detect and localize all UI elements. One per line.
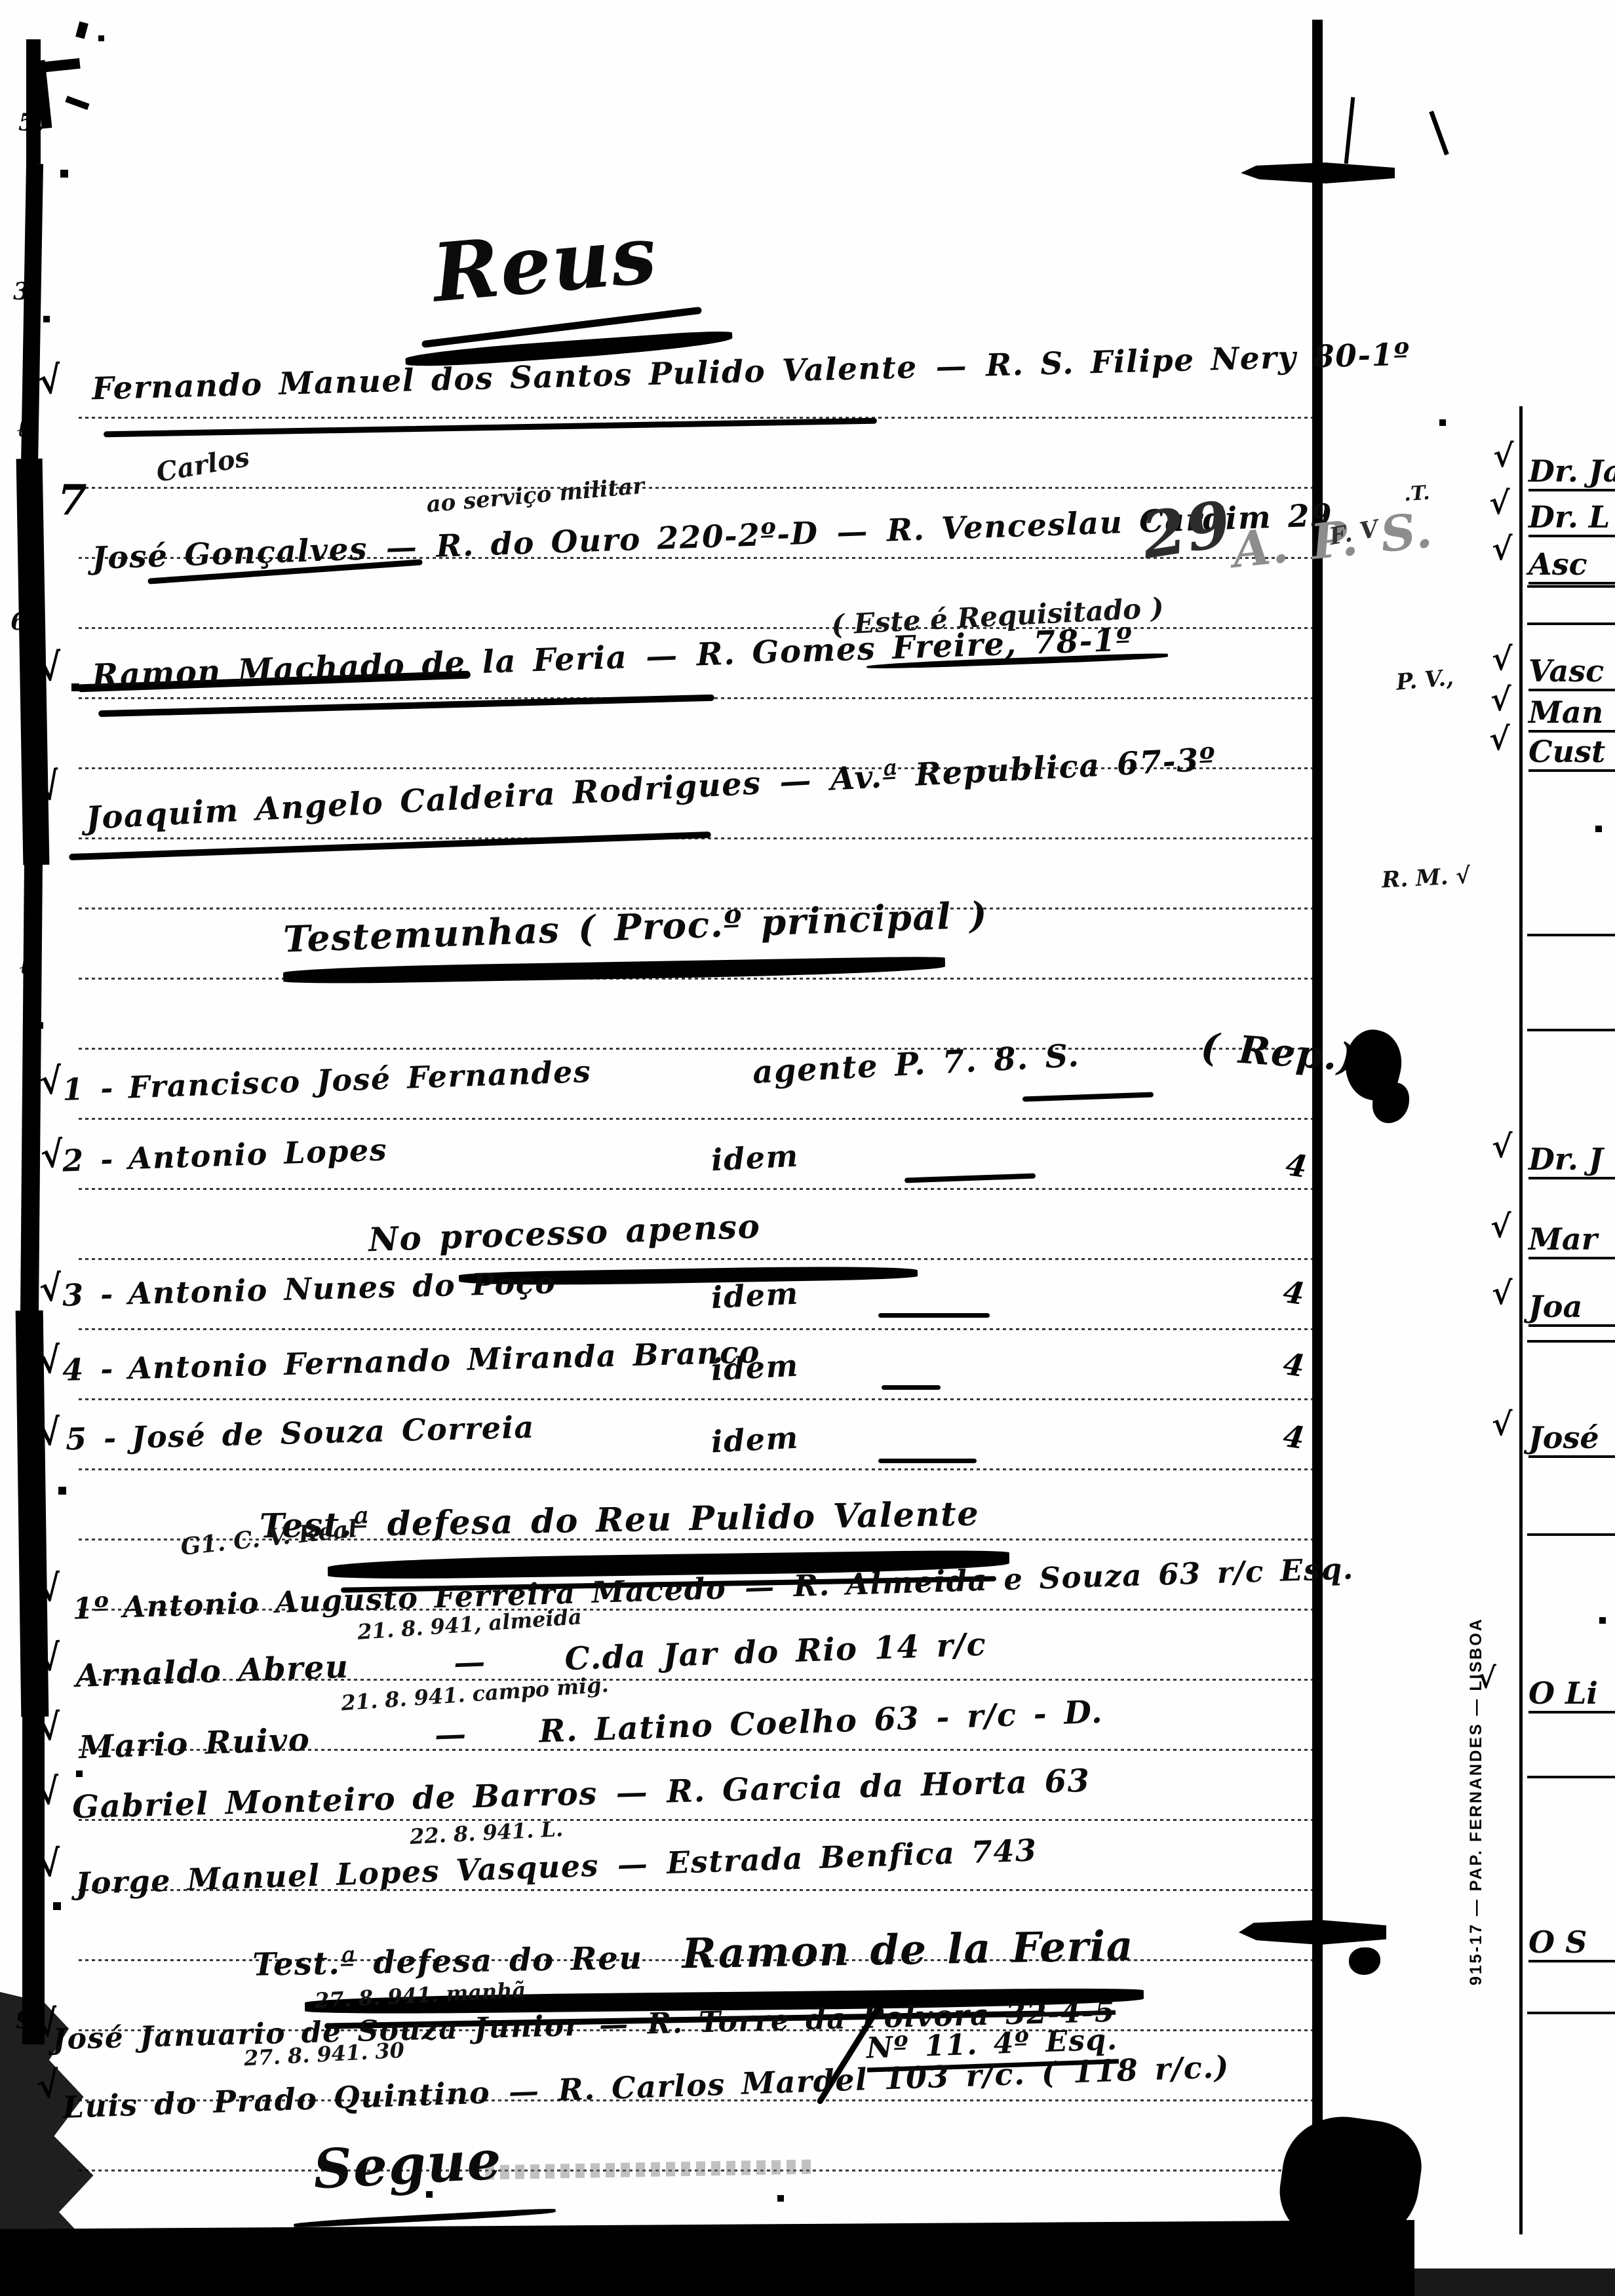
right-column-entry: Dr. L [1528, 491, 1615, 537]
defendant-address: R. S. Filipe Nery 80-1º [985, 337, 1411, 384]
role-dash-stroke [878, 1313, 990, 1318]
ink-droplet [1349, 1947, 1380, 1975]
witness-number: 2 - [62, 1141, 114, 1179]
separator-dash: — [508, 2073, 540, 2110]
stationer-imprint: 915-17 — PAP. FERNANDES — LISBOA [1467, 1592, 1486, 1985]
right-column-rule [1527, 934, 1615, 936]
bottom-scan-band [0, 2220, 1414, 2296]
checkmark: √ [1489, 721, 1510, 757]
separator-dash: — [744, 1569, 775, 1605]
binding-mark-top [1241, 163, 1395, 183]
separator-dash: — [836, 514, 869, 551]
right-note: P. V., [1395, 664, 1454, 695]
heading-text: Test.ª defesa do Reu [252, 1940, 643, 1983]
checkmark: √ [1492, 1128, 1513, 1165]
right-column-entry: Mar [1528, 1214, 1615, 1259]
entry-text: José [1528, 1420, 1599, 1455]
separator-dash: — [434, 1716, 467, 1754]
right-column-entry: José [1528, 1412, 1615, 1458]
apostrophe-stroke [1429, 111, 1449, 155]
big-faint-number: 29 [1137, 486, 1237, 573]
witness-number: 5 - [65, 1420, 117, 1457]
scan-speckles [0, 0, 4, 4]
witness-number: 3 - [62, 1276, 114, 1313]
separator-dash: — [935, 348, 968, 385]
separator-dash: — [779, 762, 813, 801]
witness-number: 4 - [62, 1351, 114, 1388]
witness-role-idem: idem [710, 1420, 800, 1460]
entry-text: Dr. J [1528, 1141, 1603, 1177]
vertical-rule-thin [1519, 406, 1523, 2234]
right-column-rule [1527, 585, 1615, 588]
checkmark: √ [1492, 641, 1513, 678]
checkmark: √ [1489, 485, 1510, 522]
entry-text: Mar [1528, 1221, 1597, 1257]
entry-text: O S [1528, 1924, 1587, 1960]
right-column-entry: O Li [1528, 1668, 1615, 1713]
entry-text: Man [1528, 695, 1603, 730]
continuation-underline [294, 2208, 556, 2229]
separator-dash: — [645, 638, 678, 676]
heading-defendant-name: Ramon de la Feria [682, 1921, 1135, 1978]
witness-number: 1º [72, 1590, 110, 1626]
right-column-rule [1527, 1776, 1615, 1778]
insert-caret-mark: 7 [58, 476, 87, 525]
right-note: .T. [1403, 482, 1431, 507]
role-dash-stroke [878, 1459, 977, 1463]
entry-text: Dr. L [1528, 499, 1610, 535]
right-column-entry: Dr. J [1528, 1134, 1615, 1179]
checkmark: √ [1493, 438, 1514, 474]
entry-text: Vasc [1528, 653, 1604, 689]
checkmark: √ [1492, 1406, 1513, 1443]
checkmark: √ [1492, 531, 1513, 567]
separator-dash: — [617, 1846, 649, 1883]
right-note: R. M. √ [1381, 862, 1471, 893]
right-column-rule [1527, 1533, 1615, 1536]
right-column-entry: Vasc [1528, 645, 1615, 691]
right-column-rule [1527, 1340, 1615, 1343]
checkmark: √ [1490, 1208, 1511, 1245]
page-title: Reus [429, 206, 661, 320]
right-column-entry: Asc [1528, 539, 1615, 584]
entry-text: Joa [1528, 1289, 1582, 1324]
scanned-manuscript-page: Reus √ Fernando Manuel dos Santos Pulido… [0, 0, 1615, 2296]
entry-text: Dr. Ja [1528, 453, 1615, 489]
checkmark: √ [1490, 681, 1511, 718]
right-column-rule [1527, 1029, 1615, 1031]
separator-dash: — [453, 1643, 486, 1681]
entry-text: Asc [1528, 546, 1587, 582]
checkmark: √ [37, 1059, 65, 1103]
witness-role-idem: idem [710, 1348, 800, 1388]
continuation-word: Segue [312, 2129, 504, 2202]
entry-text: O Li [1528, 1675, 1598, 1711]
right-column-entry: Dr. Ja [1528, 446, 1615, 491]
role-dash-stroke [882, 1385, 941, 1390]
checkmark: √ [1492, 1275, 1513, 1312]
checkmark: √ [37, 1266, 65, 1310]
right-column-rule [1527, 622, 1615, 625]
ink-blot [1372, 1082, 1409, 1123]
witness-role-idem: idem [710, 1276, 800, 1316]
witness-role-idem: idem [710, 1138, 800, 1178]
right-column-entry: Cust [1528, 726, 1615, 772]
binding-mark-stem [1344, 97, 1355, 164]
right-column-entry: Joa [1528, 1281, 1615, 1327]
separator-dash: — [599, 2008, 630, 2042]
separator-dash: — [615, 1774, 649, 1811]
entry-text: Cust [1528, 734, 1605, 769]
bottom-scan-band-right [1409, 2268, 1615, 2296]
right-column-entry: O S [1528, 1917, 1615, 1962]
right-column-rule [1527, 2012, 1615, 2014]
witness-number: 1 - [62, 1070, 114, 1107]
